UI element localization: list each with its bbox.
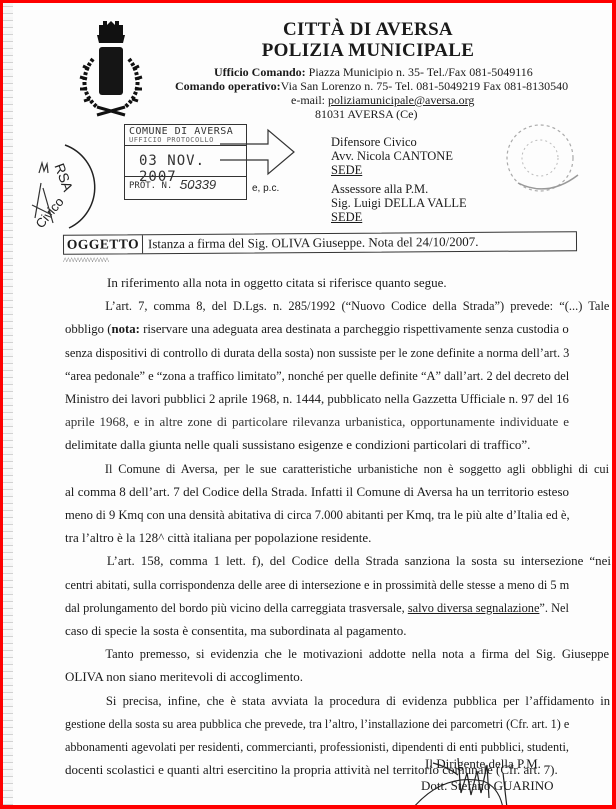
postal-address: 81031 AVERSA (Ce) <box>315 107 417 122</box>
body-line: caso di specie la sosta è consentita, ma… <box>65 619 569 642</box>
coat-of-arms-icon <box>75 19 145 117</box>
city-title: CITTÀ DI AVERSA <box>233 19 503 41</box>
office-label: Ufficio Comando: <box>214 65 306 79</box>
body-line: obbligo (nota: riservare una adeguata ar… <box>65 317 569 340</box>
subject-underline: ^^^^^^^^^^^^^^ <box>63 256 108 266</box>
department-title: POLIZIA MUNICIPALE <box>233 40 503 62</box>
ops-address: Comando operativo:Via San Lorenzo n. 75-… <box>175 79 568 94</box>
body-text: ”. Nel <box>539 600 568 615</box>
recipient-name: Avv. Nicola CANTONE <box>331 149 453 163</box>
body-line-obscured: aprile 1968, e in altre zone di particol… <box>65 410 569 433</box>
letter-body: In riferimento alla nota in oggetto cita… <box>65 271 569 781</box>
recipient-place: SEDE <box>331 163 453 177</box>
stamp-office: UFFICIO PROTOCOLLO <box>129 136 214 144</box>
email-link[interactable]: poliziamunicipale@aversa.org <box>328 93 474 107</box>
body-text: dal prolungamento del bordo più vicino d… <box>65 600 408 615</box>
body-line: senza dispositivi di controllo di durata… <box>65 341 569 364</box>
subject-label: OGGETTO <box>64 235 143 254</box>
document-page: CITTÀ DI AVERSA POLIZIA MUNICIPALE Uffic… <box>3 3 612 805</box>
office-value: Piazza Municipio n. 35- Tel./Fax 081-504… <box>306 65 533 79</box>
stamp-prot-number: 50339 <box>180 177 216 192</box>
body-line: Tanto premesso, si evidenzia che le moti… <box>65 642 609 665</box>
subject-text: Istanza a firma del Sig. OLIVA Giuseppe.… <box>148 233 479 253</box>
scan-edge <box>3 3 13 805</box>
handwritten-signature-icon <box>403 753 543 805</box>
ops-value: Via San Lorenzo n. 75- Tel. 081-5049219 … <box>281 79 569 93</box>
recipient-2: Assessore alla P.M. Sig. Luigi DELLA VAL… <box>331 182 467 224</box>
body-line: In riferimento alla nota in oggetto cita… <box>65 271 569 294</box>
body-line: Ministro dei lavori pubblici 2 aprile 19… <box>65 387 569 410</box>
body-line: L’art. 158, comma 1 lett. f), del Codice… <box>65 549 611 572</box>
recipient-role: Difensore Civico <box>331 135 453 149</box>
office-address: Ufficio Comando: Piazza Municipio n. 35-… <box>214 65 533 80</box>
body-line: “area pedonale” e “zona a traffico limit… <box>65 364 569 387</box>
body-line: OLIVA non siano meritevoli di accoglimen… <box>65 665 569 688</box>
body-line: dal prolungamento del bordo più vicino d… <box>65 596 569 619</box>
cc-label: e, p.c. <box>252 183 279 194</box>
body-line: al comma 8 dell’art. 7 del Codice della … <box>65 480 569 503</box>
municipal-seal-icon: RSA Civico <box>17 143 97 233</box>
body-line: gestione della sosta su area pubblica ch… <box>65 712 569 735</box>
body-line: Si precisa, infine, che è stata avviata … <box>65 689 610 712</box>
body-line: Il Comune di Aversa, per le sue caratter… <box>65 457 609 480</box>
round-stamp-icon <box>498 113 588 208</box>
recipient-1: Difensore Civico Avv. Nicola CANTONE SED… <box>331 135 453 177</box>
subject-box: OGGETTO Istanza a firma del Sig. OLIVA G… <box>63 231 577 255</box>
body-line: L’art. 7, comma 8, del D.Lgs. n. 285/199… <box>65 294 609 317</box>
recipient-role: Assessore alla P.M. <box>331 182 467 196</box>
email-label: e-mail: <box>291 93 328 107</box>
body-line: meno di 9 Kmq con una densità abitativa … <box>65 503 569 526</box>
underlined-phrase: salvo diversa segnalazione <box>408 600 540 615</box>
ops-label: Comando operativo: <box>175 79 281 93</box>
arrow-right-icon <box>218 127 298 177</box>
bold-note: nota: <box>111 321 139 336</box>
email-line: e-mail: poliziamunicipale@aversa.org <box>291 93 474 108</box>
body-line: centri abitati, sulla corrispondenza del… <box>65 573 569 596</box>
recipient-name: Sig. Luigi DELLA VALLE <box>331 196 467 210</box>
body-line: tra l’altro è la 128^ città italiana per… <box>65 526 569 549</box>
svg-text:RSA: RSA <box>51 161 76 194</box>
recipient-place: SEDE <box>331 210 467 224</box>
body-line: delimitate dalla giunta nelle quali suss… <box>65 433 569 456</box>
